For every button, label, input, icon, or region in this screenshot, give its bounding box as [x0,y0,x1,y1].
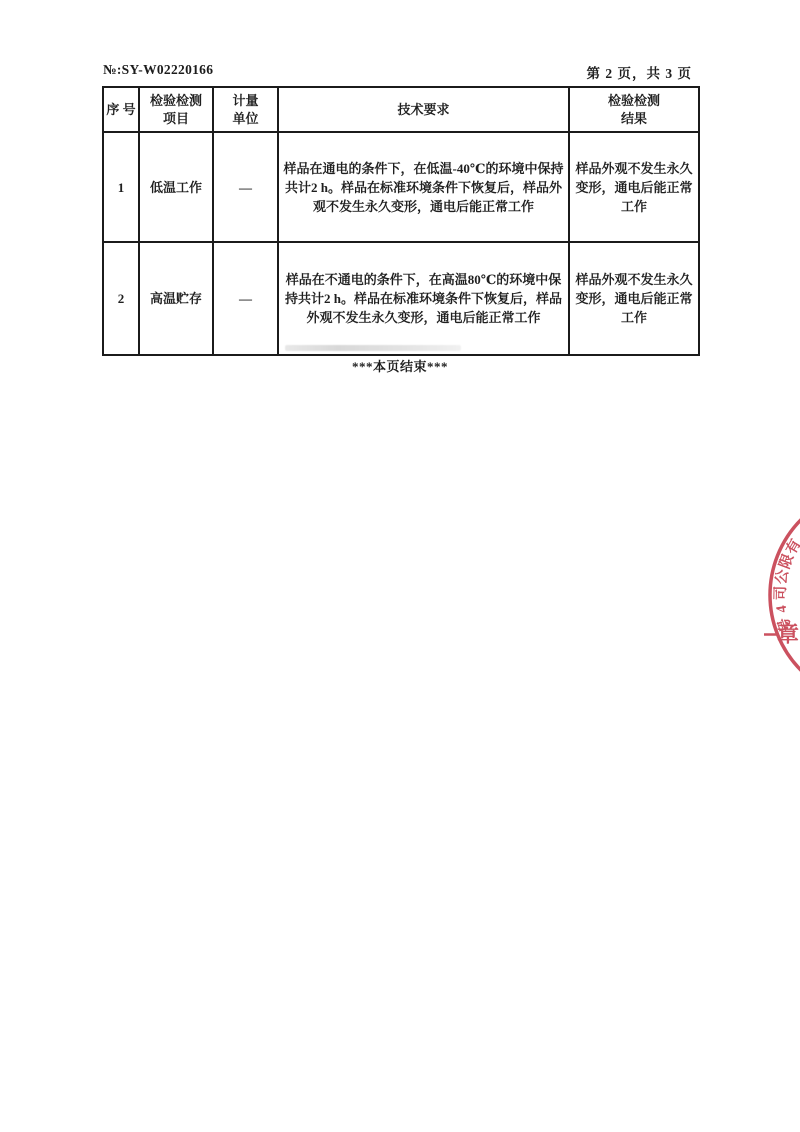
cell-requirement: 样品在通电的条件下，在低温-40℃的环境中保持共计2 h。样品在标准环境条件下恢… [278,132,569,242]
cell-serial-no: 1 [103,132,139,242]
header-inspection-result: 检验检测 结果 [569,87,699,132]
table-header-row: 序 号 检验检测 项目 计量 单位 技术要求 检验检测 结果 [103,87,699,132]
header-serial-no: 序 号 [103,87,139,132]
cell-item: 高温贮存 [139,242,213,355]
end-of-page-note: ***本页结束*** [0,356,800,375]
cell-item: 低温工作 [139,132,213,242]
cell-result: 样品外观不发生永久变形，通电后能正常工作 [569,132,699,242]
stamp-arc-char: 4 [774,604,791,614]
scan-artifact-smudge [285,345,461,351]
cell-unit: — [213,242,278,355]
inspection-table: 序 号 检验检测 项目 计量 单位 技术要求 检验检测 结果 1 低温工作 — … [102,86,700,356]
page-indicator: 第 2 页，共 3 页 [587,62,693,82]
red-seal-stamp: 有 限 公 司 4 号 章 [725,505,800,675]
scanned-report-page: { "page": { "doc_no": "№:SY-W02220166", … [0,0,800,1132]
cell-unit: — [213,132,278,242]
table-row: 1 低温工作 — 样品在通电的条件下，在低温-40℃的环境中保持共计2 h。样品… [103,132,699,242]
header-inspection-item: 检验检测 项目 [139,87,213,132]
document-number: №:SY-W02220166 [103,62,213,78]
cell-serial-no: 2 [103,242,139,355]
cell-requirement: 样品在不通电的条件下，在高温80℃的环境中保持共计2 h。样品在标准环境条件下恢… [278,242,569,355]
table-row: 2 高温贮存 — 样品在不通电的条件下，在高温80℃的环境中保持共计2 h。样品… [103,242,699,355]
header-unit: 计量 单位 [213,87,278,132]
header-technical-requirement: 技术要求 [278,87,569,132]
stamp-seal-char: 章 [777,622,799,647]
stamp-arc-char: 司 [771,586,789,601]
cell-result: 样品外观不发生永久变形，通电后能正常工作 [569,242,699,355]
